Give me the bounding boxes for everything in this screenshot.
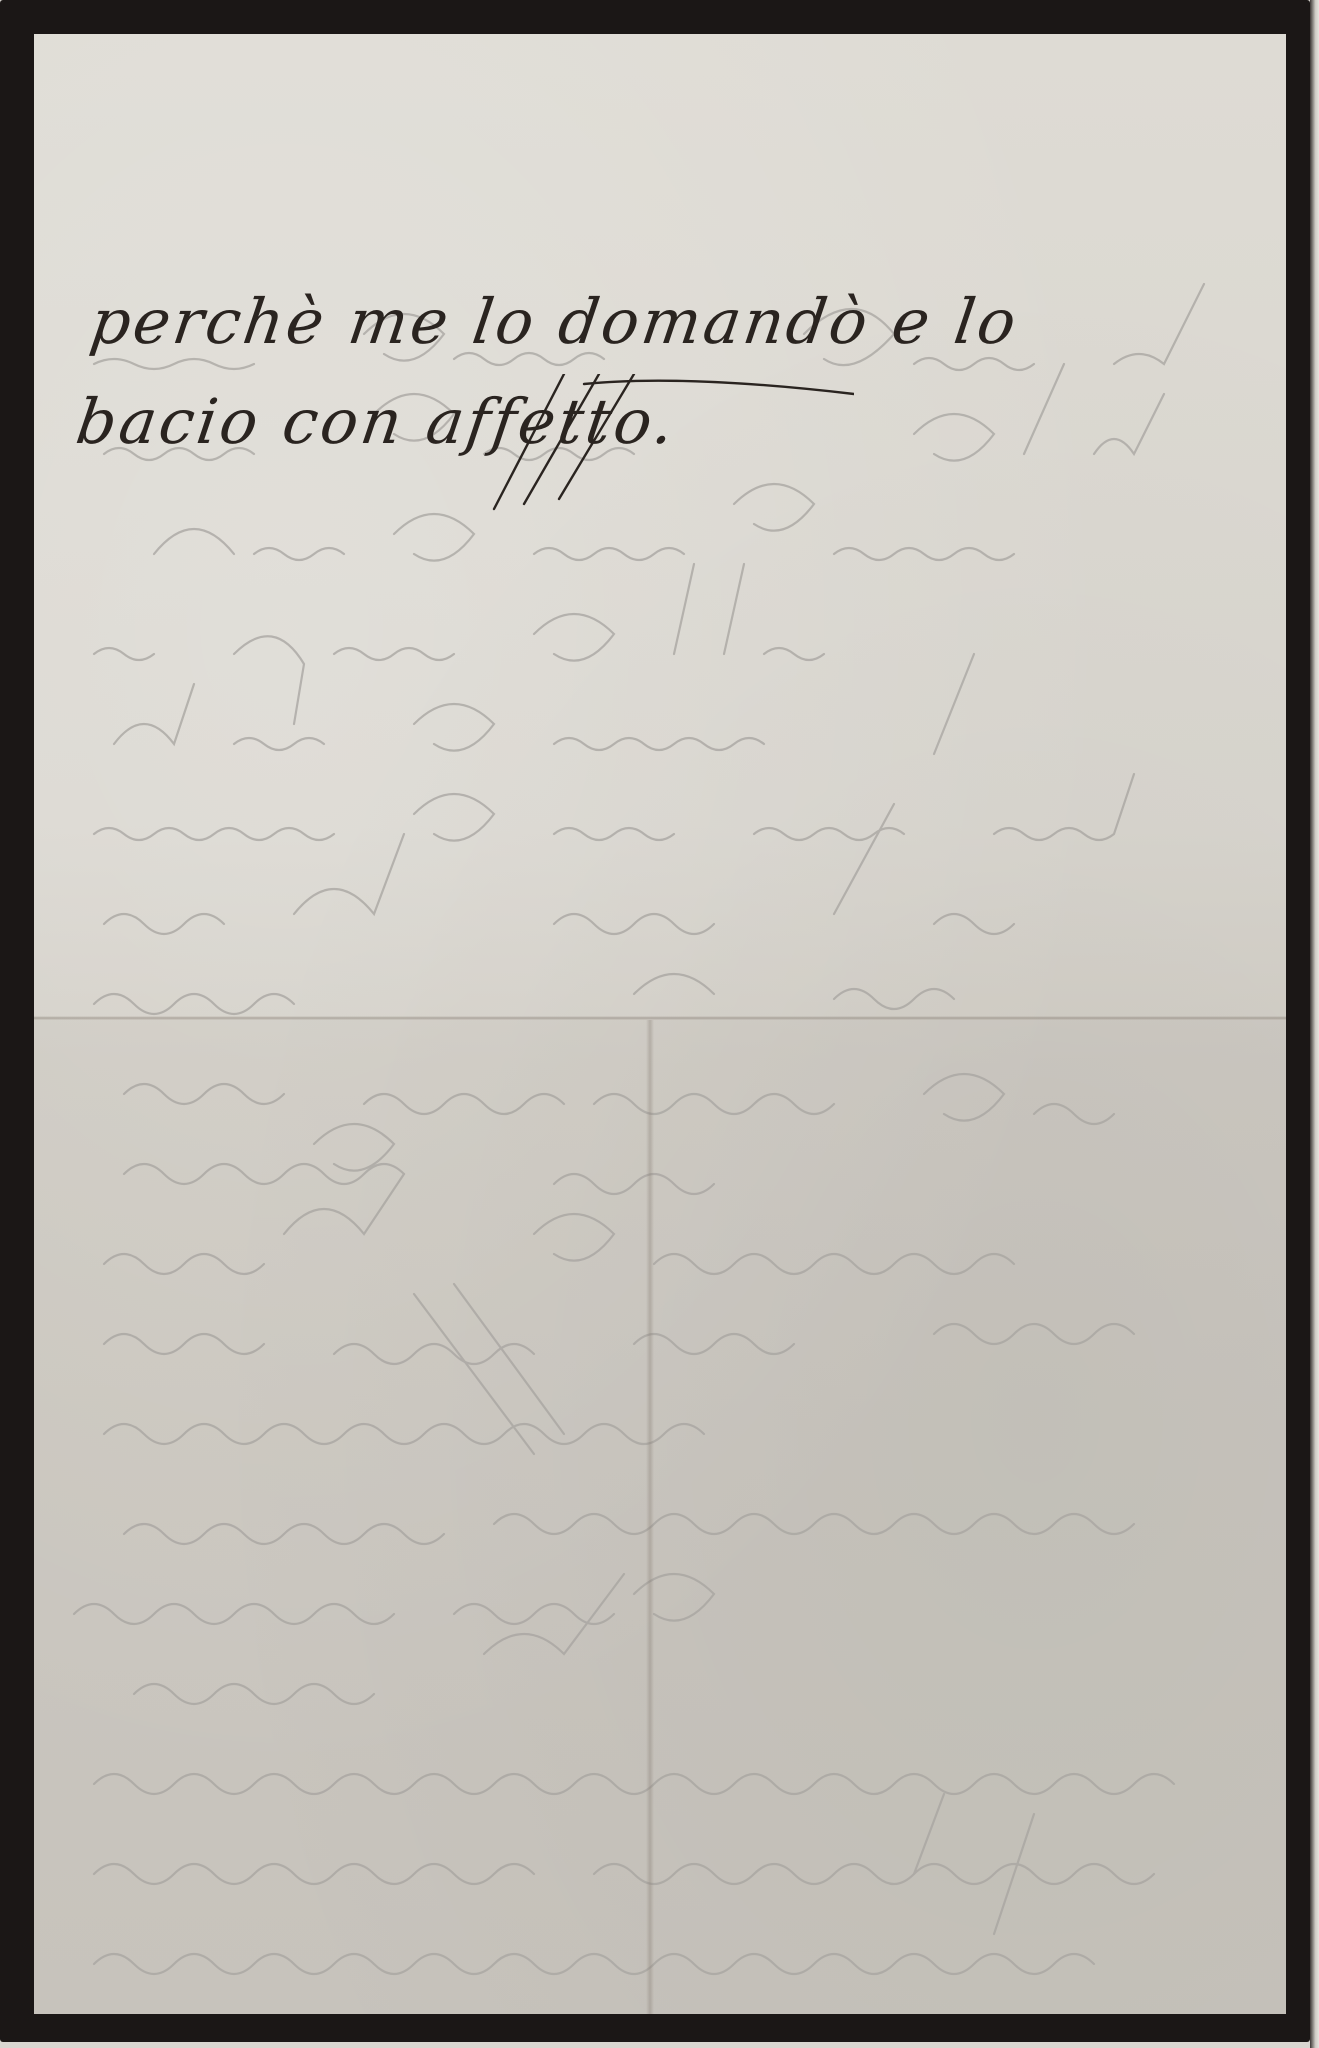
vertical-fold-crease — [646, 1020, 654, 2014]
signature-flourish — [434, 374, 854, 514]
scan-edge — [1310, 0, 1319, 2048]
handwriting-line-1: perchè me lo domandò e lo — [84, 272, 1258, 372]
letter-page: perchè me lo domandò e lo bacio con affe… — [34, 34, 1286, 2014]
horizontal-fold-crease — [34, 1016, 1286, 1020]
